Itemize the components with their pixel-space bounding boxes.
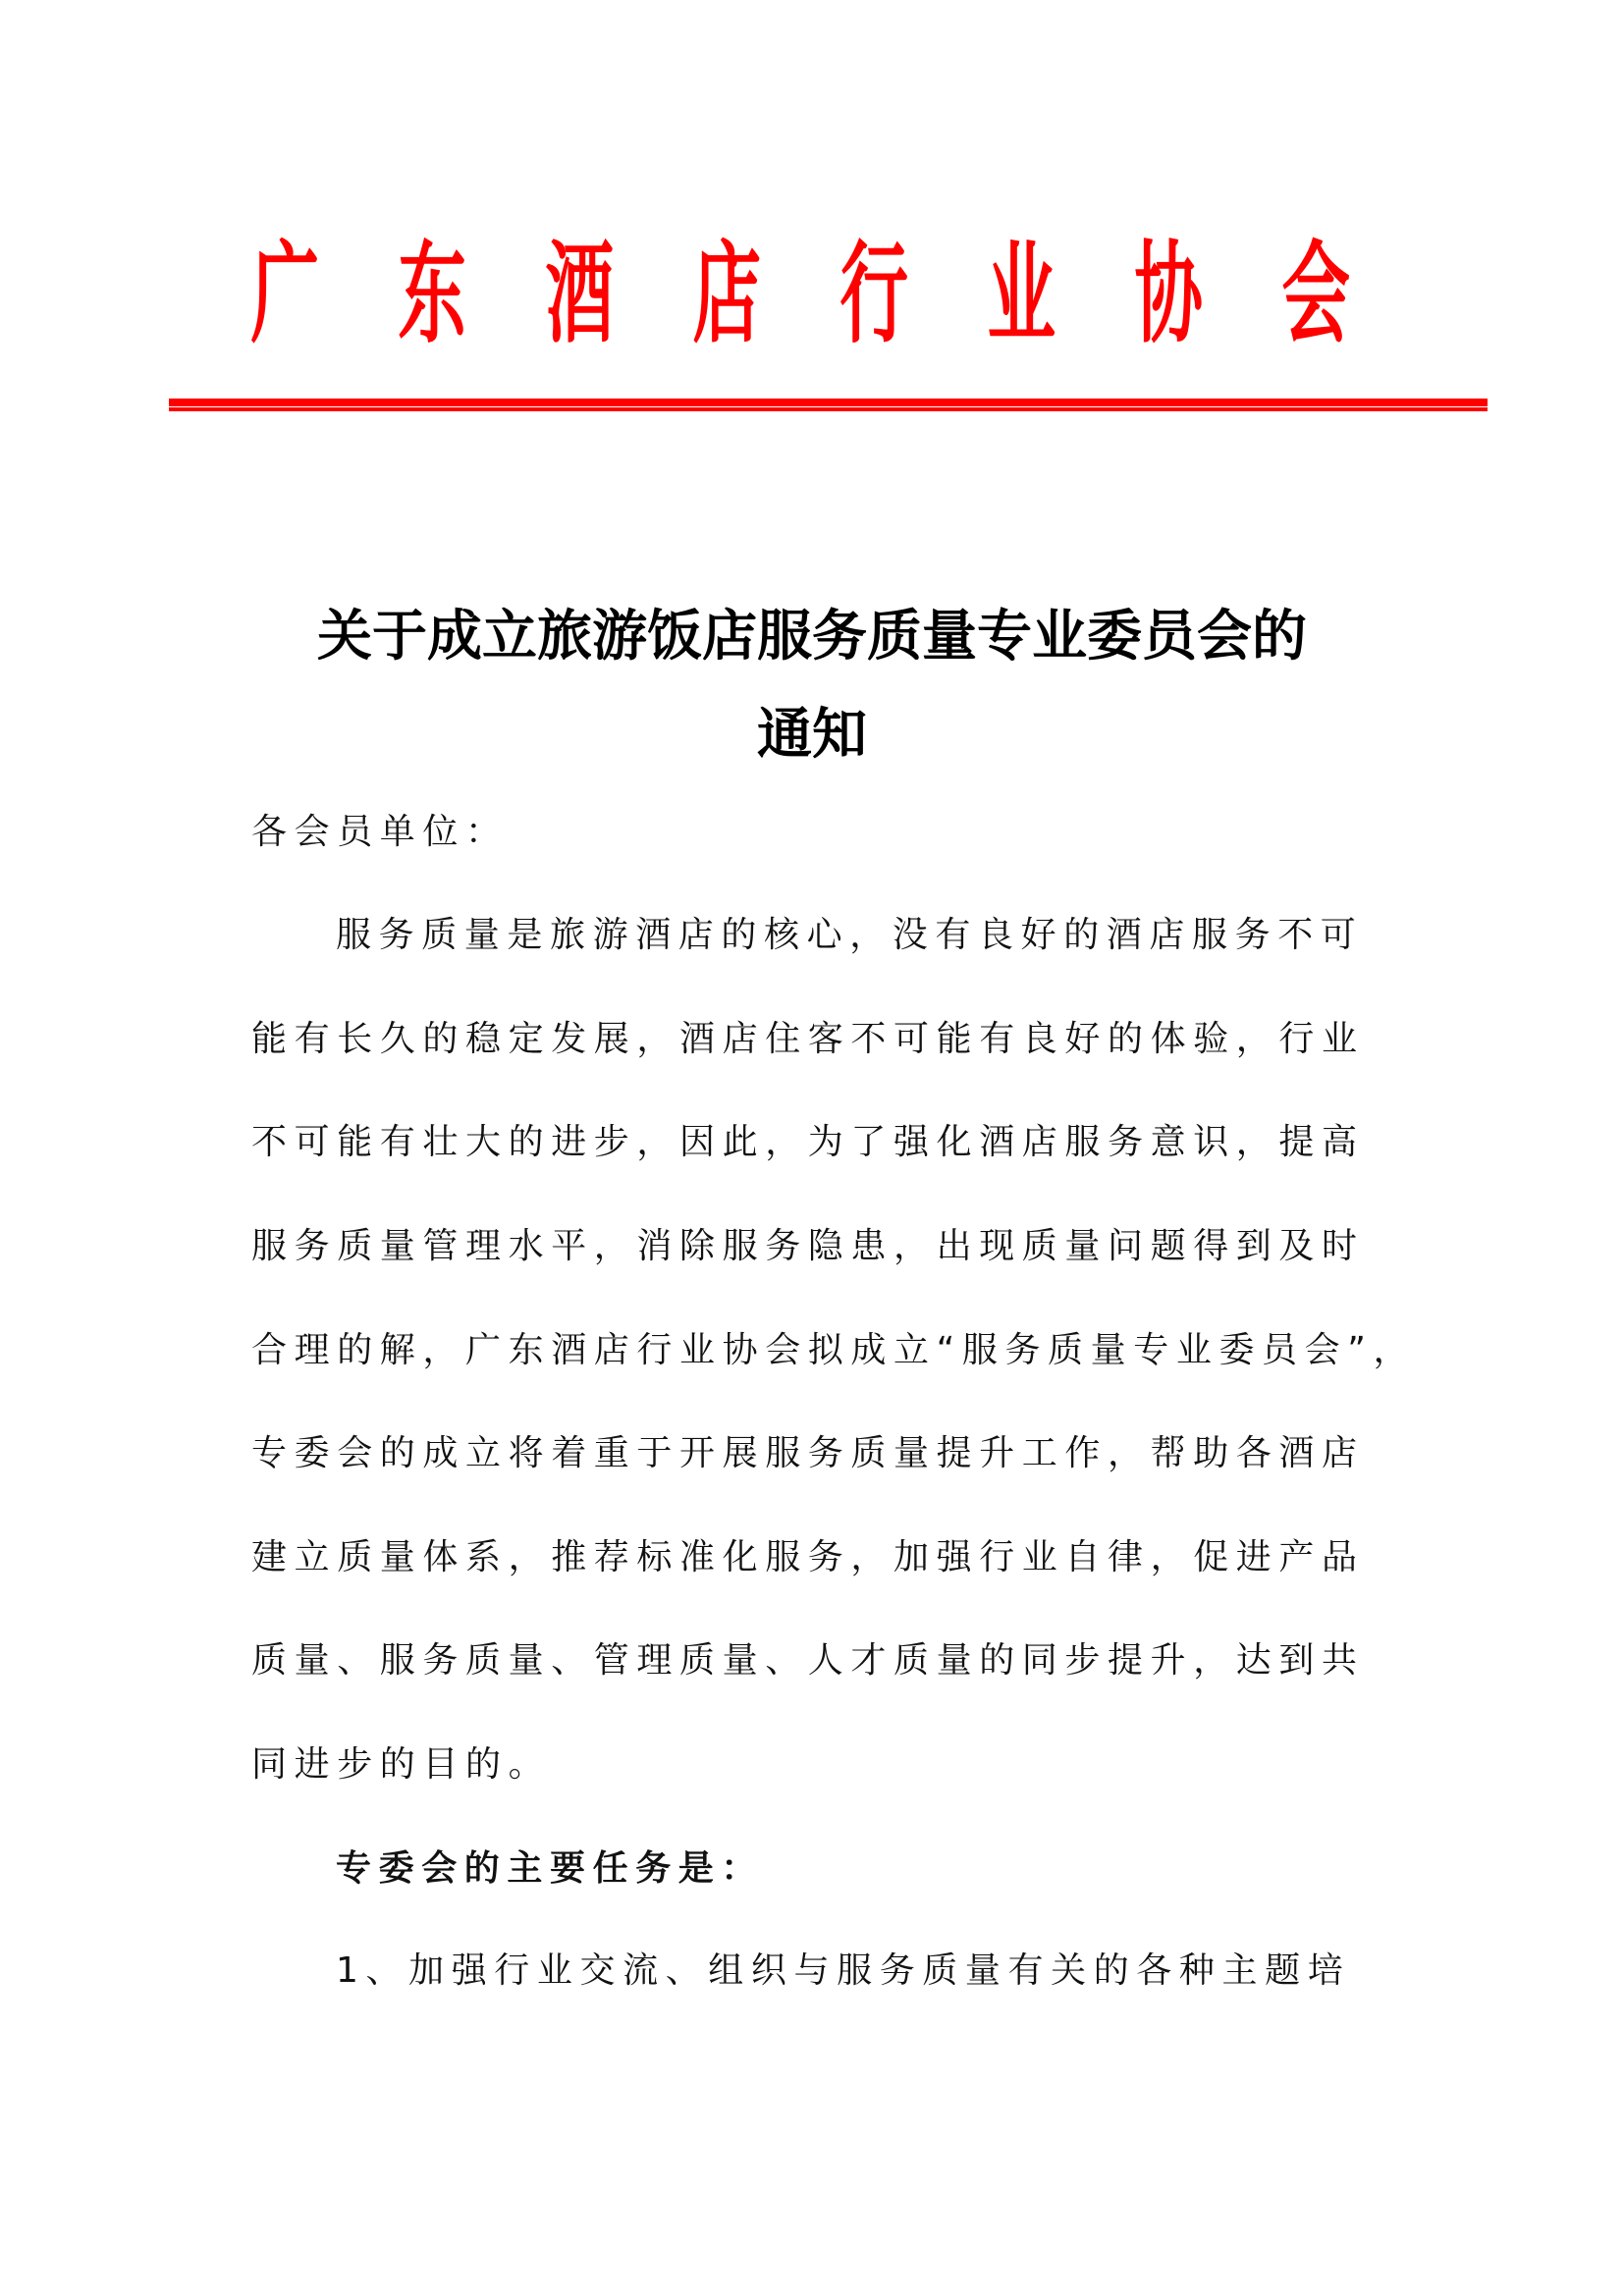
paragraph-line: 能有长久的稳定发展，酒店住客不可能有良好的体验，行业 [251, 1018, 1365, 1061]
paragraph-line: 专委会的成立将着重于开展服务质量提升工作，帮助各酒店 [251, 1432, 1365, 1475]
letterhead-char: 业 [985, 234, 1057, 356]
paragraph-line: 合理的解，广东酒店行业协会拟成立“服务质量专业委员会”， [251, 1329, 1416, 1372]
letterhead-char: 广 [248, 234, 321, 356]
letterhead-char: 行 [838, 234, 910, 356]
document-page: 广 东 酒 店 行 业 协 会 关于成立旅游饭店服务质量专业委员会的 通知 各会… [0, 0, 1624, 2296]
document-title-line-2: 通知 [196, 703, 1428, 766]
letterhead-char: 酒 [543, 234, 616, 356]
paragraph-line: 服务质量是旅游酒店的核心，没有良好的酒店服务不可 [336, 914, 1363, 957]
letterhead-char: 协 [1132, 234, 1205, 356]
letterhead-char: 店 [690, 234, 763, 356]
paragraph-line: 质量、服务质量、管理质量、人才质量的同步提升，达到共 [251, 1639, 1365, 1682]
letterhead-divider-thick [169, 399, 1488, 406]
letterhead-divider-thin [169, 407, 1488, 411]
letterhead-char: 会 [1279, 234, 1352, 356]
paragraph-line: 不可能有壮大的进步，因此，为了强化酒店服务意识，提高 [251, 1121, 1365, 1164]
paragraph-line: 建立质量体系，推荐标准化服务，加强行业自律，促进产品 [251, 1536, 1365, 1579]
letterhead-char: 东 [396, 234, 468, 356]
salutation: 各会员单位： [251, 811, 509, 854]
letterhead: 广 东 酒 店 行 业 协 会 [0, 234, 1624, 356]
paragraph-line: 服务质量管理水平，消除服务隐患，出现质量问题得到及时 [251, 1225, 1365, 1268]
document-title-line-1: 关于成立旅游饭店服务质量专业委员会的 [196, 605, 1428, 667]
paragraph-line: 同进步的目的。 [251, 1743, 551, 1787]
task-item: 1、加强行业交流、组织与服务质量有关的各种主题培 [336, 1949, 1350, 1993]
tasks-heading: 专委会的主要任务是： [336, 1846, 764, 1890]
